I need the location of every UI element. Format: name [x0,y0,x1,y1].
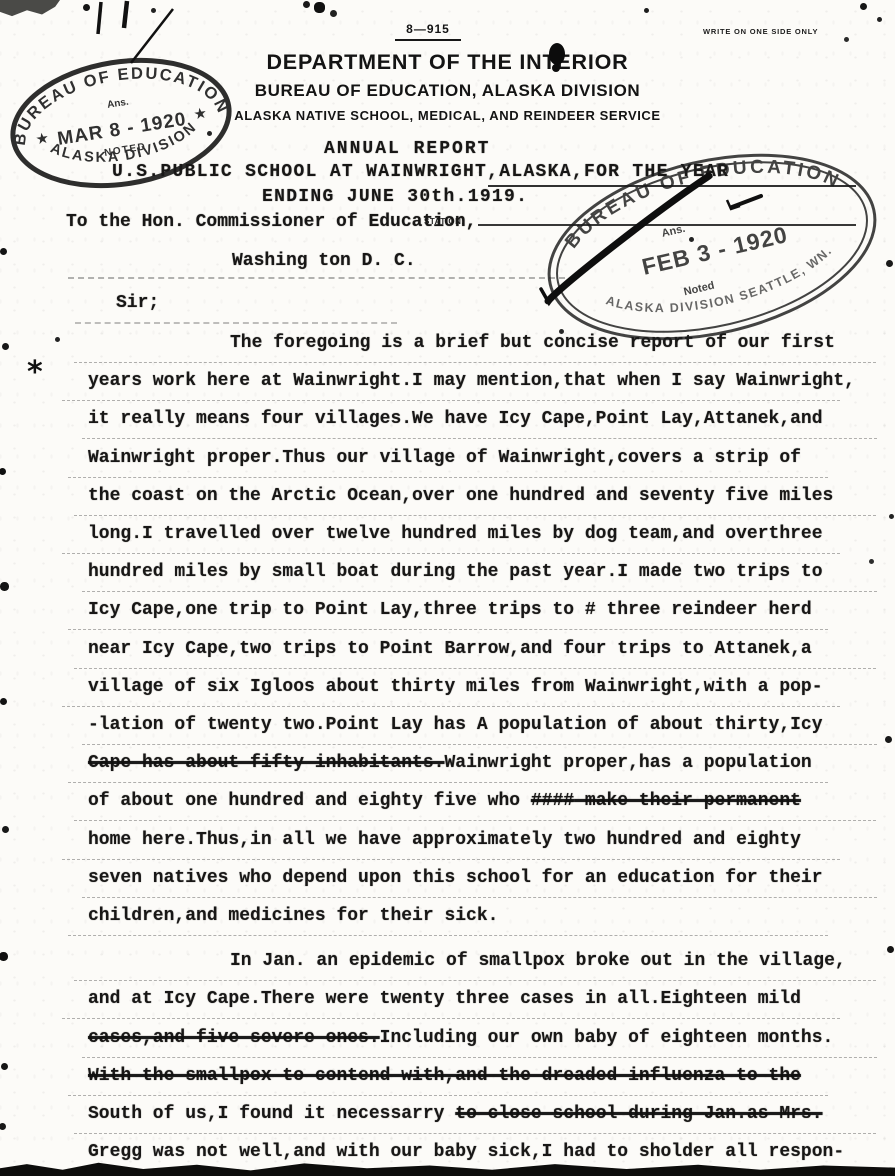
typed-line: cases,and five severe ones.Including our… [88,1028,833,1048]
pen-scribble [98,2,101,34]
typed-line: long.I travelled over twelve hundred mil… [88,524,823,544]
typed-line: The foregoing is a brief but concise rep… [88,333,835,353]
bureau-title: BUREAU OF EDUCATION, ALASKA DIVISION [0,81,895,101]
address-to-line: To the Hon. Commissioner of Education, [66,212,476,232]
bottom-scan-noise [0,1162,895,1176]
typed-line: In Jan. an epidemic of smallpox broke ou… [88,951,846,971]
struck-text: cases,and five severe ones. [88,1028,380,1048]
stamp-arc-text: BUREAU OF EDUCATION [552,132,848,255]
pen-arrow-head [727,200,740,209]
struck-text: Cape has about fifty inhabitants. [88,753,444,773]
typed-line: and at Icy Cape.There were twenty three … [88,989,801,1009]
address-city-line: Washing ton D. C. [232,251,416,271]
typed-line: years work here at Wainwright.I may ment… [88,371,855,391]
report-title-line2: ENDING JUNE 30th.1919. [262,187,528,207]
stamp-noted-label: NOTED [103,141,147,159]
typed-text: South of us,I found it necessarry [88,1104,455,1124]
typed-line: of about one hundred and eighty five who… [88,791,801,811]
struck-text: to close school during Jan.as Mrs. [455,1104,822,1124]
stamp-noted-label: Noted [683,280,716,299]
report-title-line1: U.S.PUBLIC SCHOOL AT WAINWRIGHT,ALASKA,F… [112,162,729,182]
dashed-rule [75,322,397,324]
typed-line: hundred miles by small boat during the p… [88,562,823,582]
svg-text:ALASKA DIVISION SEATTLE, WN.: ALASKA DIVISION SEATTLE, WN. [602,242,842,334]
write-one-side-note: WRITE ON ONE SIDE ONLY [703,27,818,36]
scan-smudge [0,0,60,17]
form-number: 8—915 [393,22,463,36]
salutation: Sir; [116,293,159,313]
form-number-underline [395,39,461,41]
typed-line: -lation of twenty two.Point Lay has A po… [88,715,823,735]
struck-text: make their permanent [574,791,801,811]
department-title: DEPARTMENT OF THE INTERIOR [0,50,895,75]
struck-text: With the smallpox to contend with,and th… [88,1066,801,1086]
typed-line: near Icy Cape,two trips to Point Barrow,… [88,639,812,659]
typed-line: With the smallpox to contend with,and th… [88,1066,801,1086]
typed-line: village of six Igloos about thirty miles… [88,677,823,697]
station-rule [478,224,856,226]
svg-text:BUREAU OF EDUCATION: BUREAU OF EDUCATION [552,132,848,255]
typed-line: South of us,I found it necessarry to clo… [88,1104,823,1124]
typed-line: Cape has about fifty inhabitants.Wainwri… [88,753,812,773]
scan-specks [0,0,3,3]
typed-line: Gregg was not well,and with our baby sic… [88,1142,844,1162]
service-title: ALASKA NATIVE SCHOOL, MEDICAL, AND REIND… [0,108,895,123]
struck-text: #### [531,791,574,811]
typed-text: of about one hundred and eighty five who [88,791,531,811]
typed-line: Wainwright proper.Thus our village of Wa… [88,448,801,468]
typed-line: it really means four villages.We have Ic… [88,409,823,429]
typed-line: seven natives who depend upon this schoo… [88,868,823,888]
typed-line: children,and medicines for their sick. [88,906,498,926]
pen-scribble [124,1,127,28]
stamp-date: FEB 3 - 1920 [639,221,790,280]
typed-line: the coast on the Arctic Ocean,over one h… [88,486,833,506]
dashed-rule [68,277,565,279]
annual-report-title: ANNUAL REPORT [324,139,490,159]
title-underline [488,185,856,187]
star-icon: ★ [34,130,50,149]
stamp-arc-text: ALASKA DIVISION SEATTLE, WN. [602,242,842,334]
typed-line: home here.Thus,in all we have approximat… [88,830,801,850]
typed-text: Including our own baby of eighteen month… [380,1028,834,1048]
margin-asterisk: * [27,355,43,390]
pen-checkmark-tip [541,289,557,303]
scanned-document-page: 8—915 WRITE ON ONE SIDE ONLY DEPARTMENT … [0,0,895,1176]
typed-line: Icy Cape,one trip to Point Lay,three tri… [88,600,812,620]
typed-text: Wainwright proper,has a population [444,753,811,773]
pen-checkmark-stroke [548,176,709,301]
pen-arrow-stroke [732,196,761,207]
